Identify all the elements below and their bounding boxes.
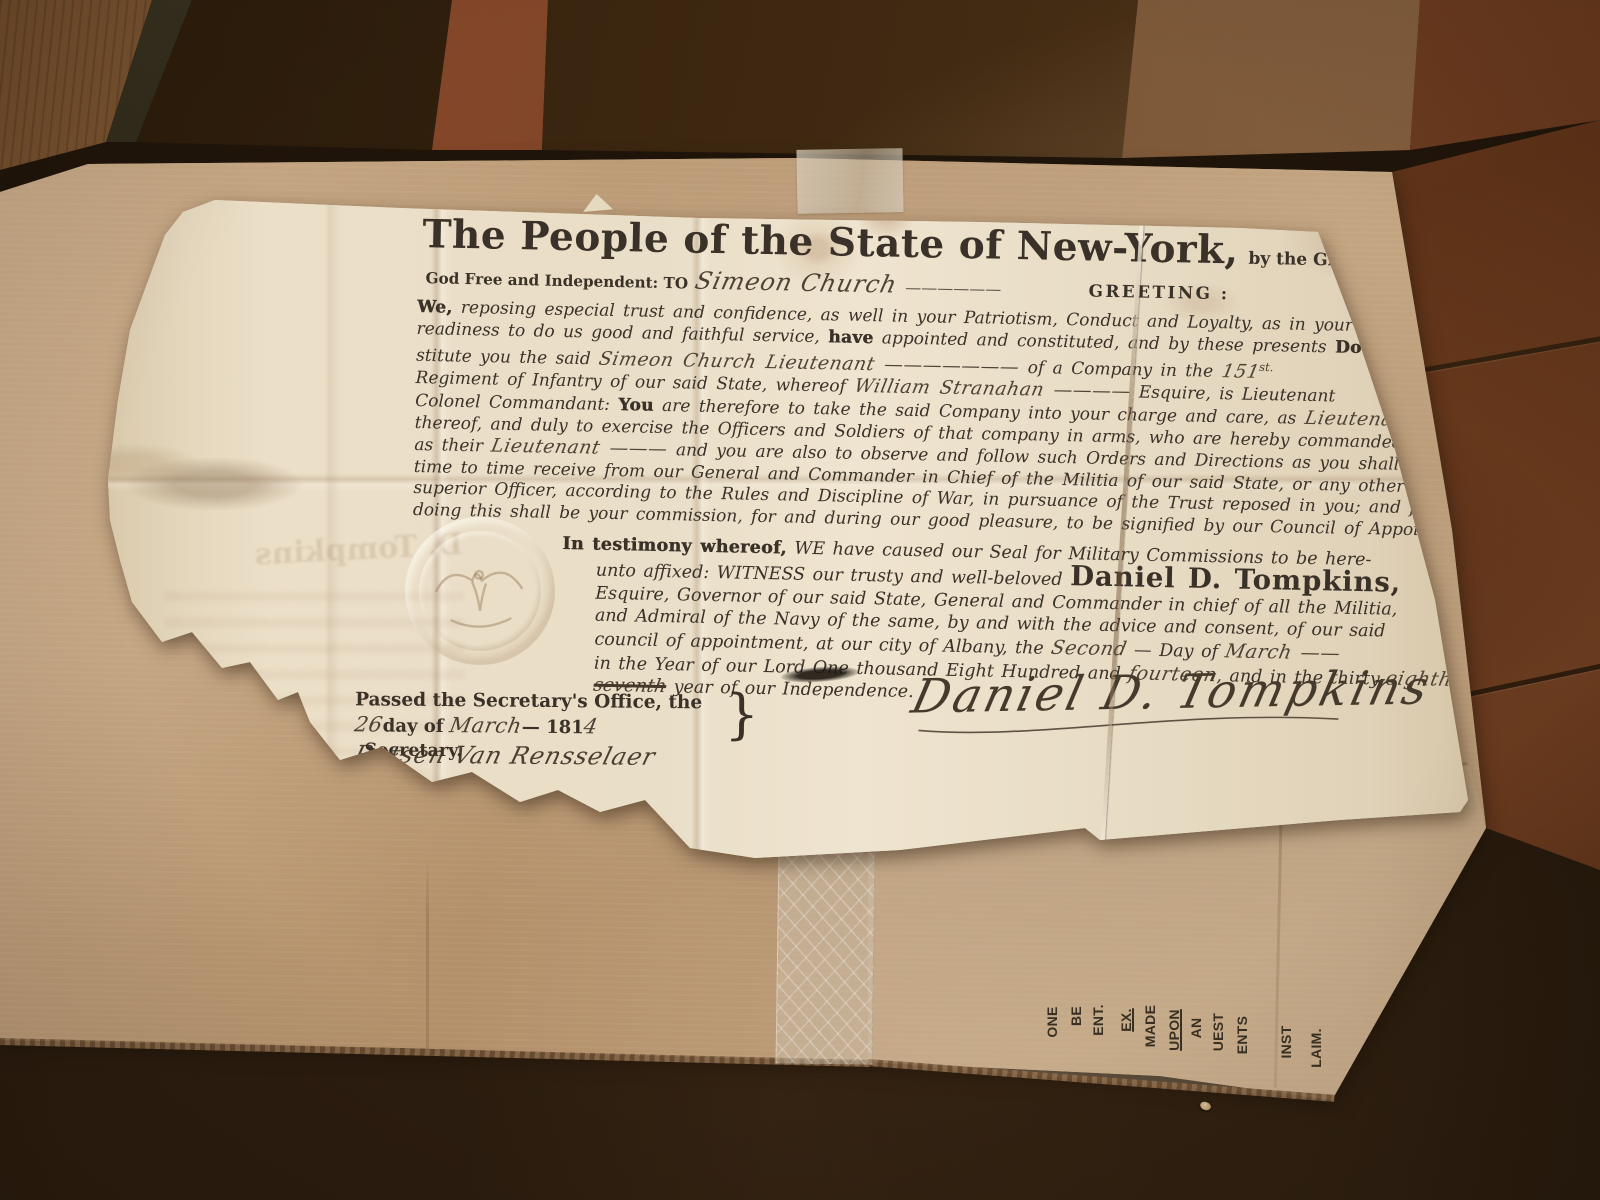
- cardboard-print-fragment: BE: [1068, 1006, 1084, 1026]
- photo-scene: ONE BE ENT. EX. MADE UPON AN UEST ENTS I…: [0, 0, 1600, 1200]
- cardboard-print-fragment: ONE: [1044, 1006, 1060, 1037]
- secretary-signature-line: Rutsen Van RensselaerSecretary.: [355, 740, 755, 743]
- cardboard-print-fragment: INST: [1278, 1025, 1294, 1058]
- cardboard-print-fragment: MADE: [1142, 1005, 1158, 1047]
- governor-signature: Daniel D. Tompkins: [912, 660, 1430, 740]
- document-paper: D. Tompkins The People of the State of N…: [105, 195, 1475, 867]
- title-suffix: by the Grace of: [1248, 249, 1393, 272]
- brace-glyph: }: [724, 682, 759, 745]
- cardboard-print-fragment: LAIM.: [1308, 1028, 1324, 1068]
- secretary-title: Secretary.: [365, 740, 463, 761]
- printed-text-block: The People of the State of New-York,by t…: [407, 211, 1516, 716]
- secretary-block: Passed the Secretary's Office, the 26 da…: [355, 689, 755, 743]
- secretary-line2: 26 day of March — 1814: [355, 712, 755, 739]
- cardboard-print-fragment: UPON: [1166, 1009, 1182, 1051]
- cardboard-print-fragment: ENT.: [1090, 1004, 1106, 1036]
- secretary-line1: Passed the Secretary's Office, the: [355, 689, 755, 713]
- cardboard-print-fragment: UEST: [1210, 1013, 1226, 1052]
- cardboard-crease: [426, 858, 429, 1050]
- cardboard-print-fragment: AN: [1188, 1018, 1204, 1039]
- cardboard-printed-text: ONE BE ENT. EX. MADE UPON AN UEST ENTS I…: [1030, 955, 1340, 1105]
- body-paragraph: We, reposing especial trust and confiden…: [413, 297, 1515, 544]
- cardboard-print-fragment: EX.: [1118, 1008, 1134, 1031]
- cardboard-print-fragment: ENTS: [1234, 1016, 1250, 1055]
- packing-tape-bottom: [776, 851, 876, 1064]
- document-wrap: D. Tompkins The People of the State of N…: [105, 195, 1475, 867]
